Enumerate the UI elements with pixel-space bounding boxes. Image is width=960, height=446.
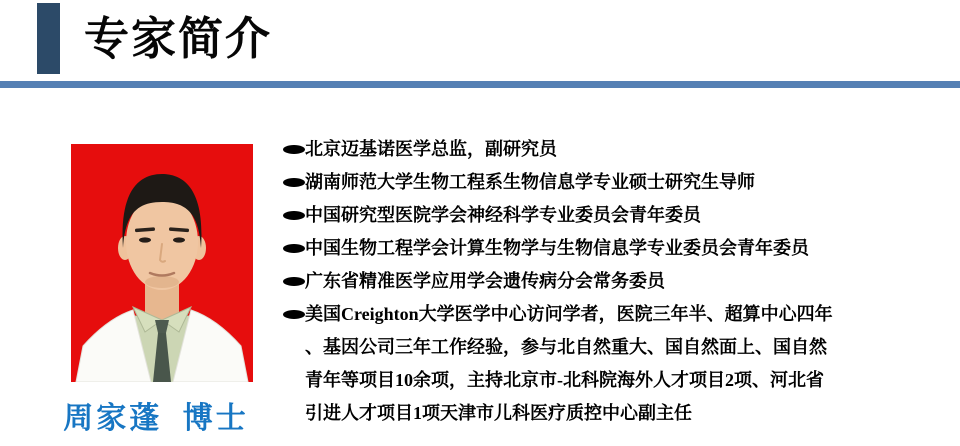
bullet-icon — [283, 310, 305, 319]
list-item: 中国生物工程学会计算生物学与生物信息学专业委员会青年委员 — [283, 232, 839, 265]
bullet-text: 北京迈基诺医学总监，副研究员 — [305, 133, 839, 166]
bullet-text: 中国生物工程学会计算生物学与生物信息学专业委员会青年委员 — [305, 232, 839, 265]
title-divider-rule — [0, 81, 960, 88]
bullet-icon — [283, 244, 305, 253]
bullet-text: 中国研究型医院学会神经科学专业委员会青年委员 — [305, 199, 839, 232]
slide-title: 专家简介 — [84, 8, 272, 70]
bullet-list: 北京迈基诺医学总监，副研究员 湖南师范大学生物工程系生物信息学专业硕士研究生导师… — [283, 133, 839, 430]
list-item: 广东省精准医学应用学会遗传病分会常务委员 — [283, 265, 839, 298]
list-item: 北京迈基诺医学总监，副研究员 — [283, 133, 839, 166]
bullet-icon — [283, 145, 305, 154]
expert-photo — [71, 144, 253, 382]
bullet-text: 湖南师范大学生物工程系生物信息学专业硕士研究生导师 — [305, 166, 839, 199]
bullet-icon — [283, 178, 305, 187]
expert-portrait-graphic — [71, 144, 253, 382]
bullet-icon — [283, 211, 305, 220]
list-item: 美国Creighton大学医学中心访问学者，医院三年半、超算中心四年、基因公司三… — [283, 298, 839, 430]
expert-name: 周家蓬 博士 — [46, 393, 266, 437]
list-item: 中国研究型医院学会神经科学专业委员会青年委员 — [283, 199, 839, 232]
bullet-text: 广东省精准医学应用学会遗传病分会常务委员 — [305, 265, 839, 298]
title-accent-bar — [37, 3, 60, 74]
presentation-slide: 专家简介 — [0, 0, 960, 446]
list-item: 湖南师范大学生物工程系生物信息学专业硕士研究生导师 — [283, 166, 839, 199]
bullet-icon — [283, 277, 305, 286]
bullet-text: 美国Creighton大学医学中心访问学者，医院三年半、超算中心四年、基因公司三… — [305, 298, 839, 430]
